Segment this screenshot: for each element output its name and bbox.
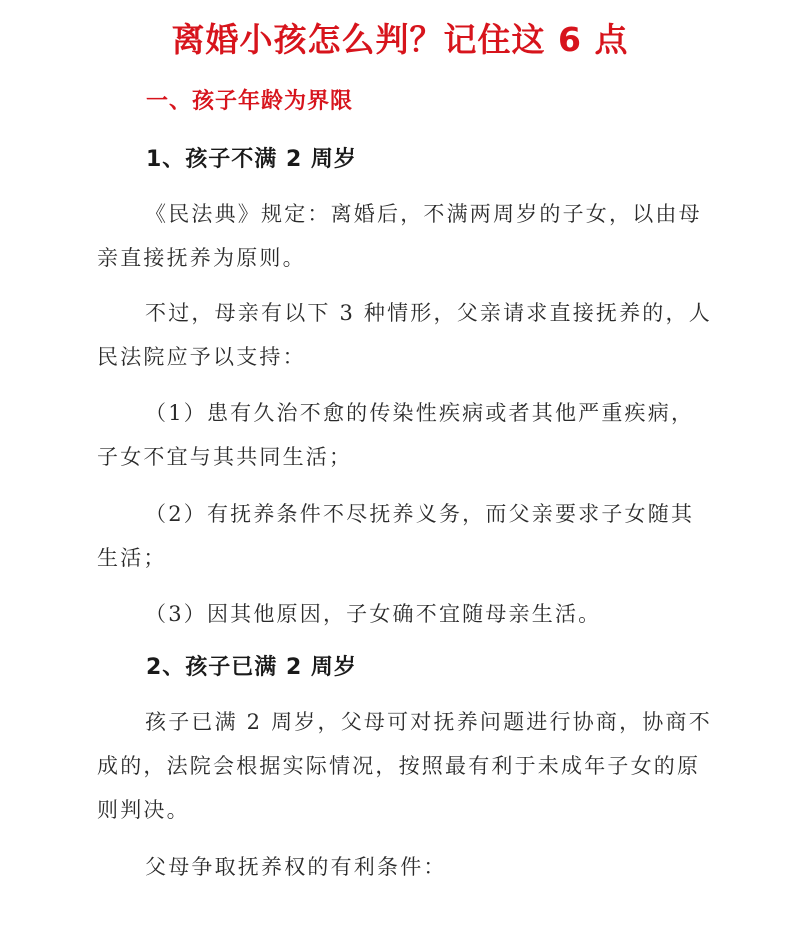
- list-item: （2）有抚养条件不尽抚养义务，而父亲要求子女随其 生活；: [97, 492, 777, 580]
- list-item: （1）患有久治不愈的传染性疾病或者其他严重疾病， 子女不宜与其共同生活；: [97, 391, 777, 479]
- paragraph: 父母争取抚养权的有利条件：: [97, 845, 777, 889]
- paragraph-line: 《民法典》规定：离婚后，不满两周岁的子女，以由母: [97, 192, 777, 236]
- subsection-heading: 2、孩子已满 2 周岁: [146, 650, 357, 686]
- paragraph-line: 父母争取抚养权的有利条件：: [97, 845, 777, 889]
- paragraph-line: 亲直接抚养为原则。: [97, 236, 777, 280]
- paragraph-line: 成的，法院会根据实际情况，按照最有利于未成年子女的原: [97, 744, 777, 788]
- paragraph-line: 民法院应予以支持：: [97, 335, 777, 379]
- paragraph-line: （1）患有久治不愈的传染性疾病或者其他严重疾病，: [97, 391, 777, 435]
- paragraph-line: 不过，母亲有以下 3 种情形，父亲请求直接抚养的，人: [97, 291, 777, 335]
- paragraph-line: 孩子已满 2 周岁，父母可对抚养问题进行协商，协商不: [97, 700, 777, 744]
- section-heading: 一、孩子年龄为界限: [146, 84, 353, 120]
- paragraph: 《民法典》规定：离婚后，不满两周岁的子女，以由母 亲直接抚养为原则。: [97, 192, 777, 280]
- paragraph-line: 则判决。: [97, 788, 777, 832]
- paragraph-line: （3）因其他原因，子女确不宜随母亲生活。: [97, 592, 777, 636]
- paragraph: 不过，母亲有以下 3 种情形，父亲请求直接抚养的，人 民法院应予以支持：: [97, 291, 777, 379]
- document-page: 离婚小孩怎么判？记住这 6 点 一、孩子年龄为界限 1、孩子不满 2 周岁 《民…: [0, 0, 800, 928]
- paragraph: 孩子已满 2 周岁，父母可对抚养问题进行协商，协商不 成的，法院会根据实际情况，…: [97, 700, 777, 832]
- document-title: 离婚小孩怎么判？记住这 6 点: [0, 14, 800, 66]
- paragraph-line: 子女不宜与其共同生活；: [97, 435, 777, 479]
- paragraph-line: （2）有抚养条件不尽抚养义务，而父亲要求子女随其: [97, 492, 777, 536]
- list-item: （3）因其他原因，子女确不宜随母亲生活。: [97, 592, 777, 636]
- subsection-heading: 1、孩子不满 2 周岁: [146, 142, 357, 178]
- paragraph-line: 生活；: [97, 536, 777, 580]
